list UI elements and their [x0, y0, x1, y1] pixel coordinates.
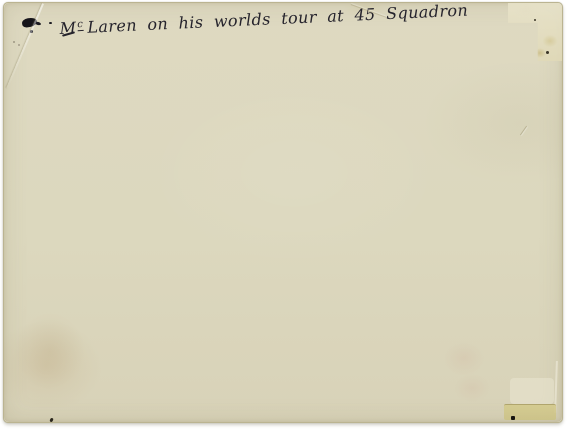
- adhesive-dot: [511, 416, 515, 420]
- ink-speck-right: [49, 22, 52, 24]
- ink-speck-faint-2: [18, 44, 20, 46]
- residue-speck-2: [546, 51, 549, 54]
- tape-residue-top-right: [508, 3, 562, 61]
- scan-background: McLaren on his worlds tour at 45 Squadro…: [0, 0, 570, 432]
- paper-texture: [4, 3, 562, 422]
- crease-top-left: [6, 3, 44, 88]
- inscription-superscript: c: [77, 19, 84, 31]
- photo-paper: McLaren on his worlds tour at 45 Squadro…: [3, 2, 563, 423]
- crease-right-edge: [520, 126, 527, 136]
- residue-speck-1: [534, 19, 536, 21]
- ink-speck-faint-1: [13, 41, 15, 43]
- inscription-text: Laren on his worlds tour at 45 Squadron: [87, 0, 469, 36]
- tape-residue-bottom-right-halo: [510, 378, 554, 404]
- handwritten-inscription: McLaren on his worlds tour at 45 Squadro…: [59, 0, 468, 38]
- inscription-initial: M: [59, 18, 77, 38]
- paper-speck-bottom-left: [49, 418, 53, 423]
